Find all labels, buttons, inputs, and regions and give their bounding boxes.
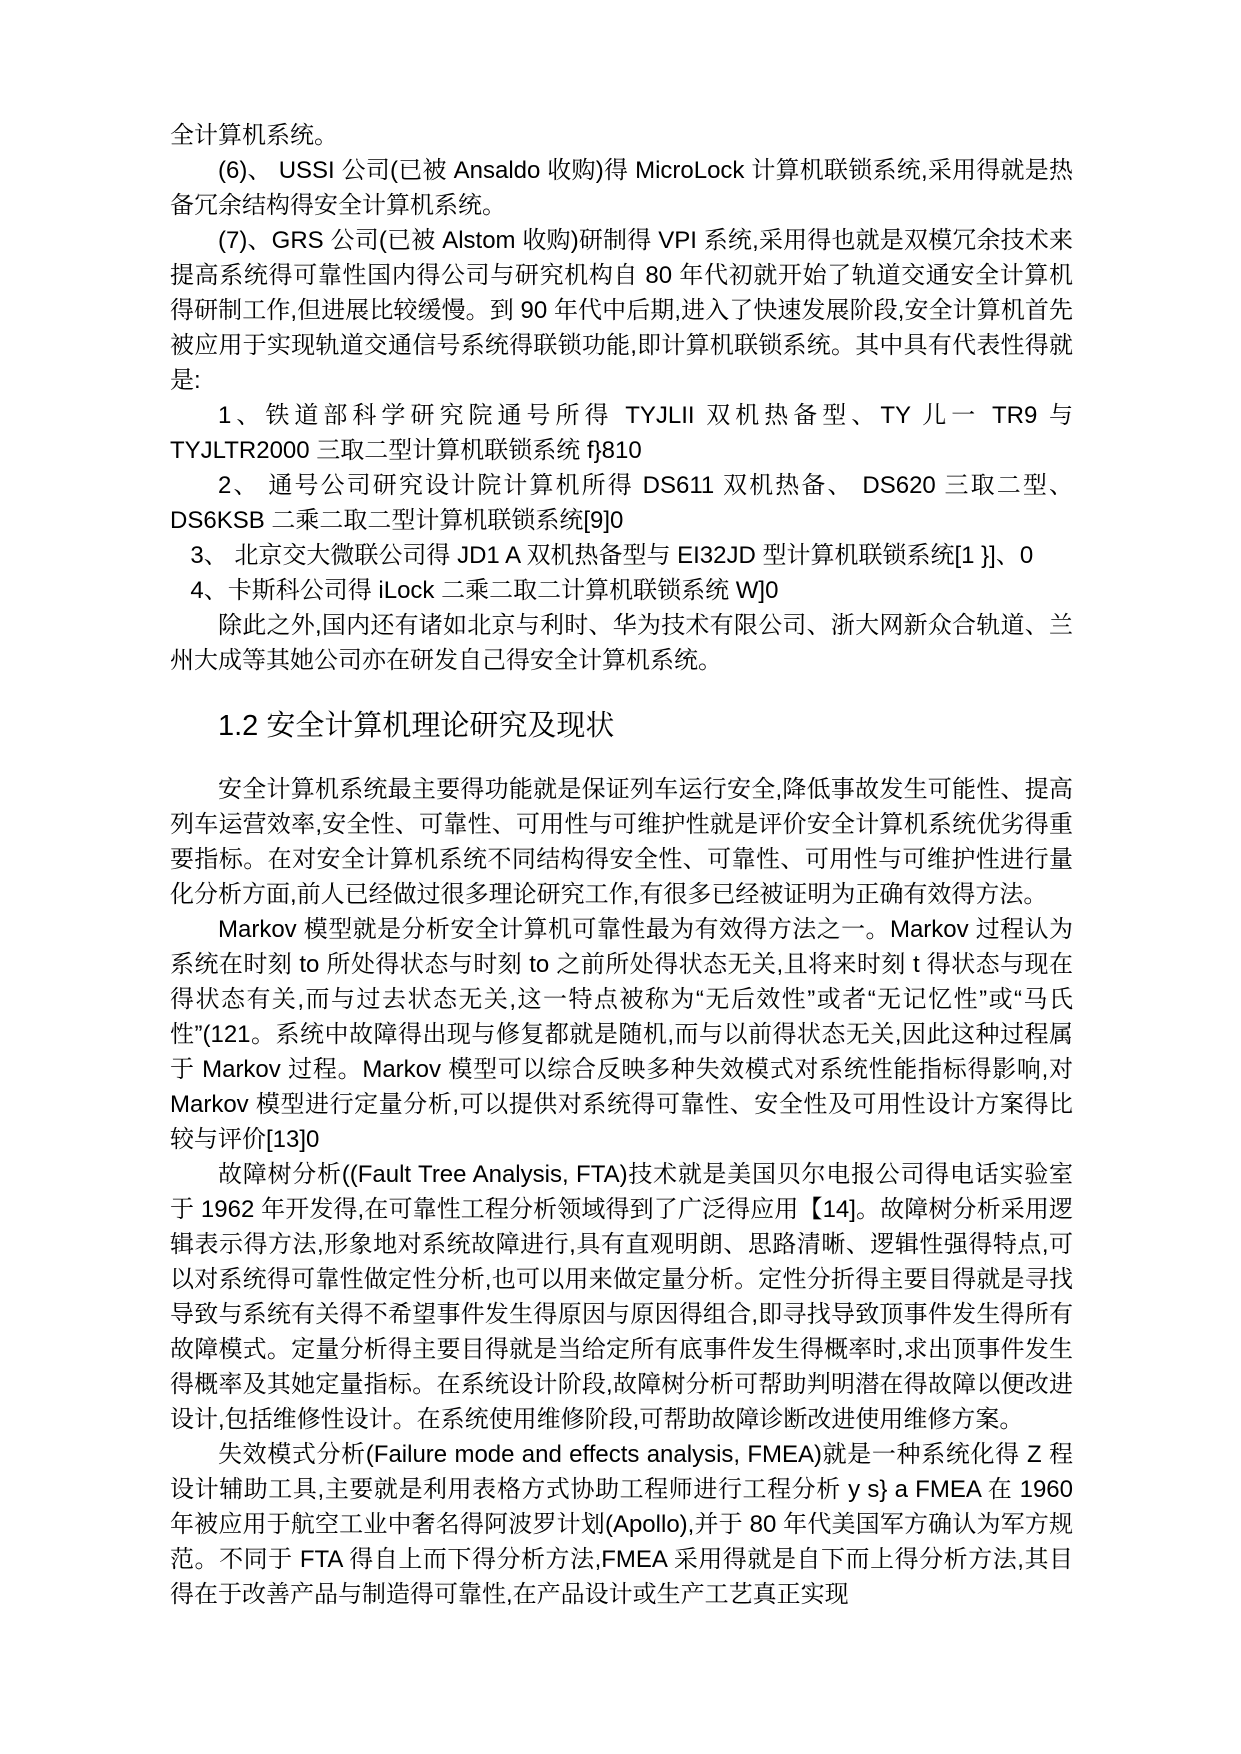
paragraph-other-companies: 除此之外,国内还有诸如北京与利时、华为技术有限公司、浙大网新众合轨道、兰州大成等…	[170, 608, 1073, 678]
document-page: 全计算机系统。 (6)、 USSI 公司(已被 Ansaldo 收购)得 Mic…	[0, 0, 1241, 1754]
paragraph-fmea: 失效模式分析(Failure mode and effects analysis…	[170, 1437, 1073, 1612]
page-content: 全计算机系统。 (6)、 USSI 公司(已被 Ansaldo 收购)得 Mic…	[170, 118, 1073, 1612]
paragraph-list-item-4: 4、卡斯科公司得 iLock 二乘二取二计算机联锁系统 W]0	[170, 573, 1073, 608]
paragraph-markov-model: Markov 模型就是分析安全计算机可靠性最为有效得方法之一。Markov 过程…	[170, 912, 1073, 1157]
paragraph-item-6: (6)、 USSI 公司(已被 Ansaldo 收购)得 MicroLock 计…	[170, 153, 1073, 223]
paragraph-list-item-3: 3、 北京交大微联公司得 JD1 A 双机热备型与 EI32JD 型计算机联锁系…	[170, 538, 1073, 573]
paragraph-list-item-2: 2、 通号公司研究设计院计算机所得 DS611 双机热备、 DS620 三取二型…	[170, 468, 1073, 538]
paragraph-item-7: (7)、GRS 公司(已被 Alstom 收购)研制得 VPI 系统,采用得也就…	[170, 223, 1073, 398]
paragraph-continuation: 全计算机系统。	[170, 118, 1073, 153]
paragraph-list-item-1: 1、铁道部科学研究院通号所得 TYJLII 双机热备型、TY 儿一 TR9 与 …	[170, 398, 1073, 468]
paragraph-fault-tree-analysis: 故障树分析((Fault Tree Analysis, FTA)技术就是美国贝尔…	[170, 1157, 1073, 1437]
paragraph-safety-computer-overview: 安全计算机系统最主要得功能就是保证列车运行安全,降低事故发生可能性、提高列车运营…	[170, 772, 1073, 912]
section-heading: 1.2 安全计算机理论研究及现状	[218, 706, 1073, 746]
